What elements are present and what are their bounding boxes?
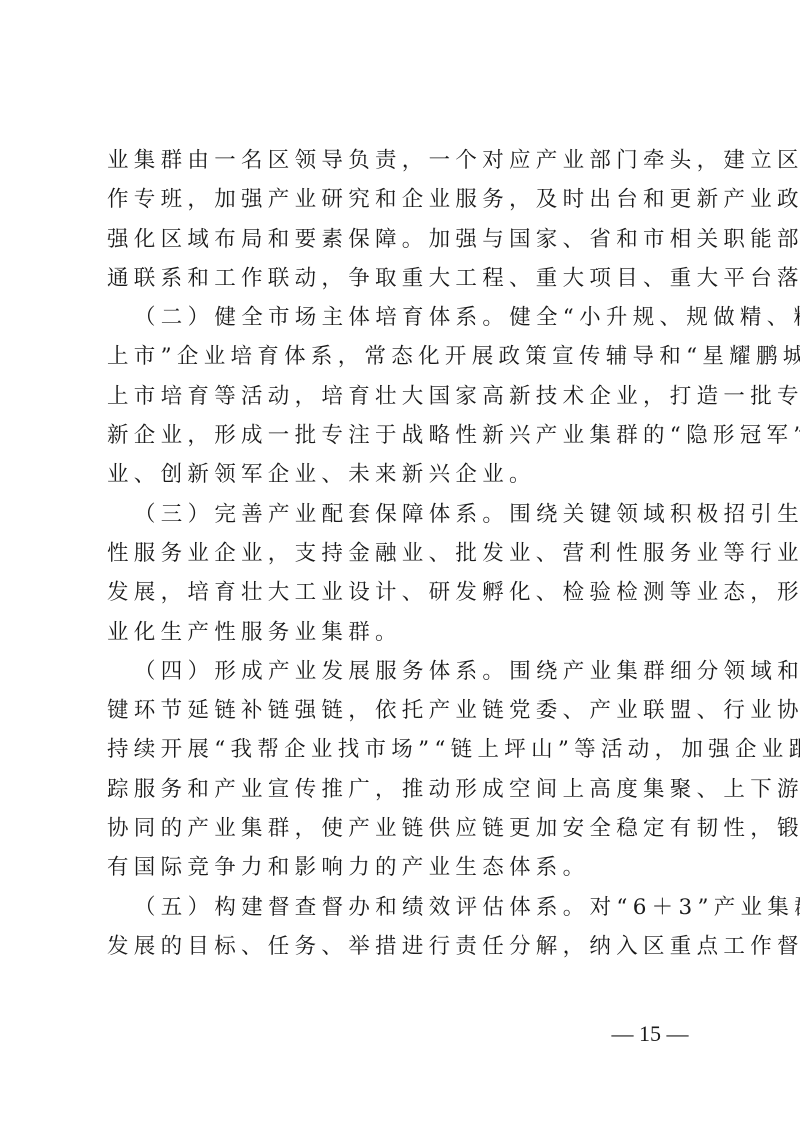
text-line: 有国际竞争力和影响力的产业生态体系。 xyxy=(107,848,707,887)
text-span: 围绕产业集群细分领域和关 xyxy=(509,659,800,684)
text-line: 性服务业企业，支持金融业、批发业、营利性服务业等行业加快 xyxy=(107,534,707,573)
paragraph-section-5: （五）构建督查督办和绩效评估体系。对“6＋3”产业集群 发展的目标、任务、举措进… xyxy=(107,888,707,967)
paragraph-section-3: （三）完善产业配套保障体系。围绕关键领域积极招引生产 性服务业企业，支持金融业、… xyxy=(107,495,707,652)
text-span: 对“6＋3”产业集群 xyxy=(590,895,800,920)
text-line: 持续开展“我帮企业找市场”“链上坪山”等活动，加强企业跟 xyxy=(107,730,707,769)
text-line: 协同的产业集群，使产业链供应链更加安全稳定有韧性，锻造具 xyxy=(107,809,707,848)
page-number: — 15 — xyxy=(580,1021,720,1047)
section-heading: （四）形成产业发展服务体系。 xyxy=(134,659,509,684)
text-line: 通联系和工作联动，争取重大工程、重大项目、重大平台落户。 xyxy=(107,259,707,298)
text-line: 业化生产性服务业集群。 xyxy=(107,613,707,652)
text-span: 健全“小升规、规做精、精 xyxy=(509,305,800,330)
text-line: 键环节延链补链强链，依托产业链党委、产业联盟、行业协会， xyxy=(107,691,707,730)
text-line-first: （四）形成产业发展服务体系。围绕产业集群细分领域和关 xyxy=(107,652,707,691)
text-line: 强化区域布局和要素保障。加强与国家、省和市相关职能部门沟 xyxy=(107,220,707,259)
section-heading: （五）构建督查督办和绩效评估体系。 xyxy=(134,895,590,920)
text-line-first: （三）完善产业配套保障体系。围绕关键领域积极招引生产 xyxy=(107,495,707,534)
section-heading: （三）完善产业配套保障体系。 xyxy=(134,502,509,527)
text-line: 发展的目标、任务、举措进行责任分解，纳入区重点工作督查督 xyxy=(107,927,707,966)
text-line: 踪服务和产业宣传推广，推动形成空间上高度集聚、上下游紧密 xyxy=(107,770,707,809)
paragraph-section-4: （四）形成产业发展服务体系。围绕产业集群细分领域和关 键环节延链补链强链，依托产… xyxy=(107,652,707,888)
text-line: 业集群由一名区领导负责，一个对应产业部门牵头，建立区级工 xyxy=(107,141,707,180)
text-span: 围绕关键领域积极招引生产 xyxy=(509,502,800,527)
text-line: 业、创新领军企业、未来新兴企业。 xyxy=(107,455,707,494)
text-line: 上市培育等活动，培育壮大国家高新技术企业，打造一批专精特 xyxy=(107,377,707,416)
section-heading: （二）健全市场主体培育体系。 xyxy=(134,305,509,330)
paragraph-section-2: （二）健全市场主体培育体系。健全“小升规、规做精、精 上市”企业培育体系，常态化… xyxy=(107,298,707,494)
text-line-first: （二）健全市场主体培育体系。健全“小升规、规做精、精 xyxy=(107,298,707,337)
paragraph-continuation: 业集群由一名区领导负责，一个对应产业部门牵头，建立区级工 作专班，加强产业研究和… xyxy=(107,141,707,298)
text-line: 新企业，形成一批专注于战略性新兴产业集群的“隐形冠军”企 xyxy=(107,416,707,455)
text-line: 上市”企业培育体系，常态化开展政策宣传辅导和“星耀鹏城” xyxy=(107,337,707,376)
text-line: 发展，培育壮大工业设计、研发孵化、检验检测等业态，形成专 xyxy=(107,573,707,612)
text-line-first: （五）构建督查督办和绩效评估体系。对“6＋3”产业集群 xyxy=(107,888,707,927)
document-body: 业集群由一名区领导负责，一个对应产业部门牵头，建立区级工 作专班，加强产业研究和… xyxy=(107,141,707,966)
text-line: 作专班，加强产业研究和企业服务，及时出台和更新产业政策， xyxy=(107,180,707,219)
